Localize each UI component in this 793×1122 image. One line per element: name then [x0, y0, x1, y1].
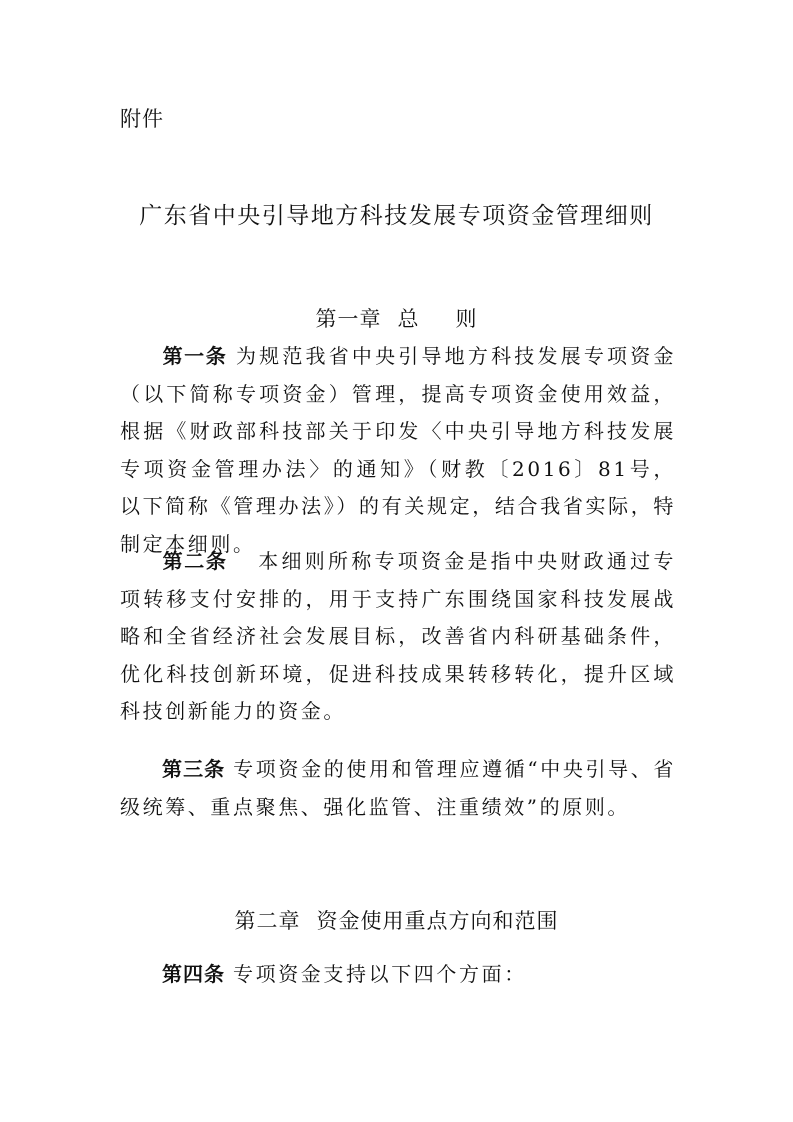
- article-1-text: 为规范我省中央引导地方科技发展专项资金（以下简称专项资金）管理，提高专项资金使用…: [120, 344, 676, 556]
- document-title: 广东省中央引导地方科技发展专项资金管理细则: [0, 197, 793, 230]
- article-4: 第四条专项资金支持以下四个方面：: [120, 956, 676, 994]
- article-3-label: 第三条: [162, 757, 225, 781]
- article-4-text: 专项资金支持以下四个方面：: [233, 962, 527, 986]
- chapter-2-heading: 第二章资金使用重点方向和范围: [0, 905, 793, 935]
- chapter-1-heading: 第一章总则: [0, 303, 793, 333]
- chapter-2-title: 资金使用重点方向和范围: [317, 909, 559, 933]
- document-page: 附件 广东省中央引导地方科技发展专项资金管理细则 第一章总则 第一条为规范我省中…: [0, 0, 793, 1122]
- article-1: 第一条为规范我省中央引导地方科技发展专项资金（以下简称专项资金）管理，提高专项资…: [120, 338, 676, 563]
- chapter-1-number: 第一章: [316, 307, 382, 331]
- chapter-2-number: 第二章: [235, 909, 301, 933]
- article-2-label: 第二条: [162, 549, 228, 573]
- chapter-1-title-part1: 总: [398, 307, 420, 331]
- article-2: 第二条本细则所称专项资金是指中央财政通过专项转移支付安排的，用于支持广东围绕国家…: [120, 543, 676, 731]
- attachment-label: 附件: [120, 103, 164, 133]
- article-1-label: 第一条: [162, 344, 227, 368]
- article-4-label: 第四条: [162, 962, 225, 986]
- chapter-1-title-part2: 则: [456, 307, 478, 331]
- article-3: 第三条专项资金的使用和管理应遵循“中央引导、省级统筹、重点聚焦、强化监管、注重绩…: [120, 751, 676, 826]
- article-2-text: 本细则所称专项资金是指中央财政通过专项转移支付安排的，用于支持广东围绕国家科技发…: [120, 549, 676, 723]
